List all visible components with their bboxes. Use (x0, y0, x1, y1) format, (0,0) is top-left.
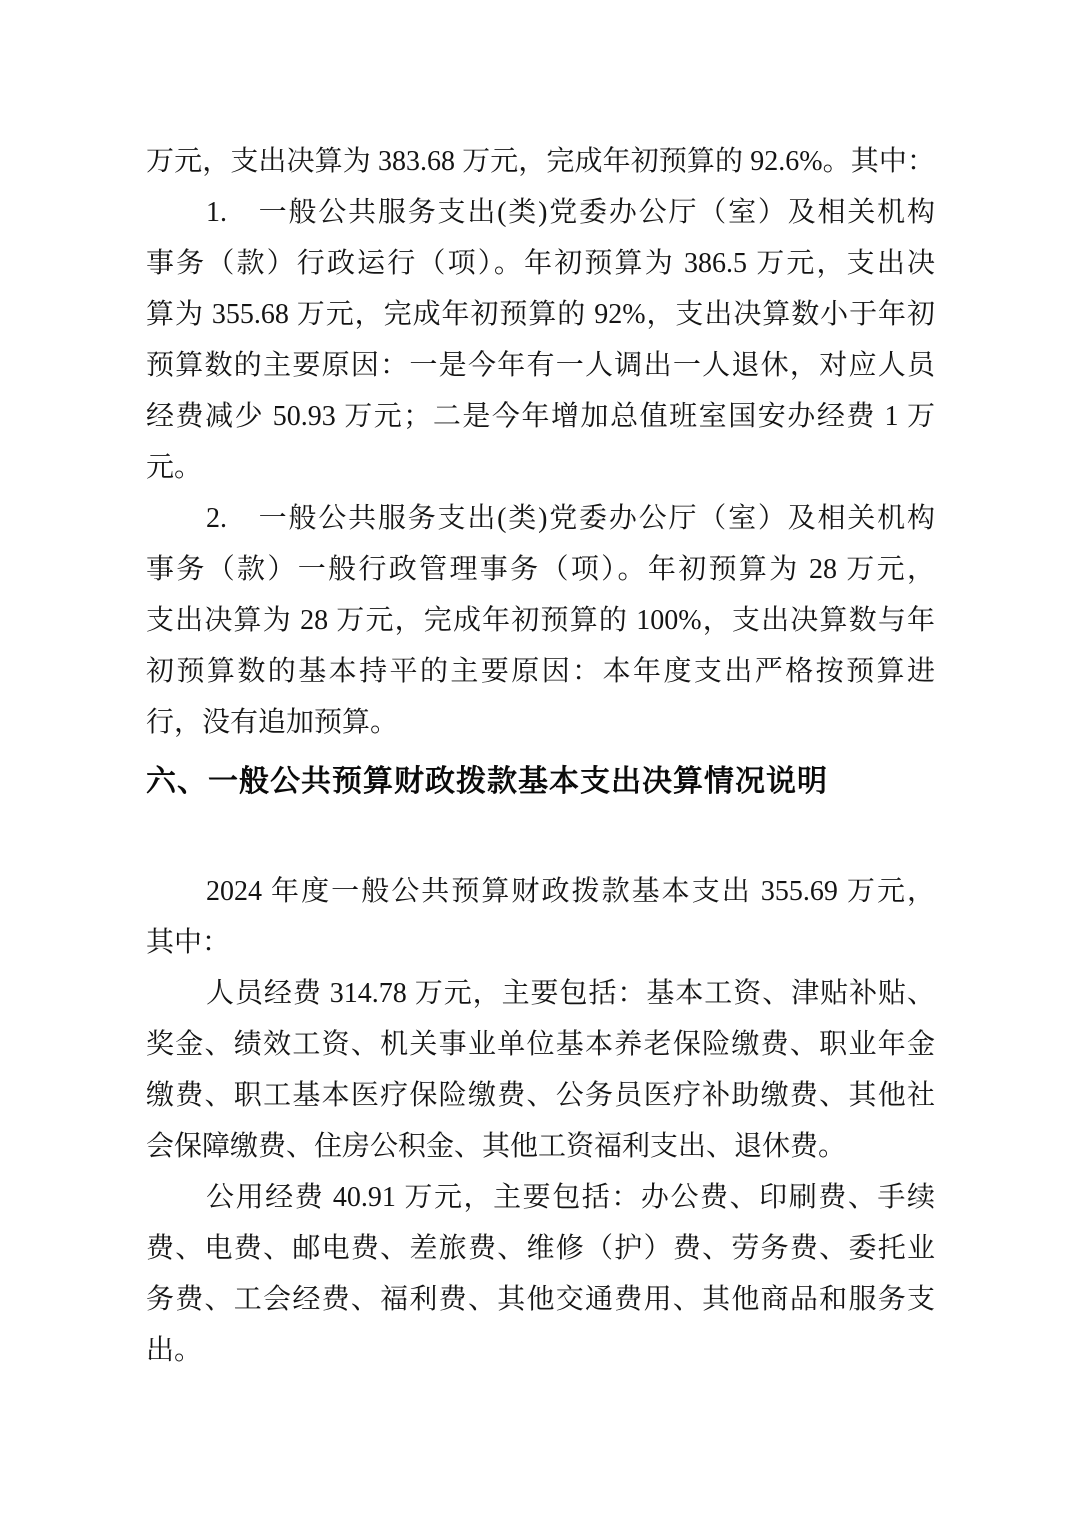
text-line: 预算数的主要原因：一是今年有一人调出一人退休，对应人员 (146, 340, 935, 391)
text-line-paragraph-end: 行，没有追加预算。 (146, 697, 935, 748)
text-line: 事务（款）行政运行（项）。年初预算为 386.5 万元，支出决 (146, 238, 935, 289)
text-line: 务费、工会经费、福利费、其他交通费用、其他商品和服务支 (146, 1274, 935, 1325)
text-line-2024-summary: 2024 年度一般公共预算财政拨款基本支出 355.69 万元， (146, 866, 935, 917)
document-page: 万元，支出决算为 383.68 万元，完成年初预算的 92.6%。其中： 1. … (0, 0, 1069, 1514)
text-line: 万元，支出决算为 383.68 万元，完成年初预算的 92.6%。其中： (146, 136, 935, 187)
text-line-paragraph-end: 出。 (146, 1325, 935, 1376)
text-line: 费、电费、邮电费、差旅费、维修（护）费、劳务费、委托业 (146, 1223, 935, 1274)
section-6-heading: 六、一般公共预算财政拨款基本支出决算情况说明 (146, 760, 935, 804)
text-line: 算为 355.68 万元，完成年初预算的 92%，支出决算数小于年初 (146, 289, 935, 340)
text-line-paragraph-end: 其中： (146, 917, 935, 968)
text-line: 缴费、职工基本医疗保险缴费、公务员医疗补助缴费、其他社 (146, 1070, 935, 1121)
text-line: 支出决算为 28 万元，完成年初预算的 100%，支出决算数与年 (146, 595, 935, 646)
text-line-personnel-funds: 人员经费 314.78 万元，主要包括：基本工资、津贴补贴、 (146, 968, 935, 1019)
text-line: 奖金、绩效工资、机关事业单位基本养老保险缴费、职业年金 (146, 1019, 935, 1070)
text-line-item2-start: 2. 一般公共服务支出(类)党委办公厅（室）及相关机构 (146, 493, 935, 544)
text-line: 初预算数的基本持平的主要原因：本年度支出严格按预算进 (146, 646, 935, 697)
text-line: 事务（款）一般行政管理事务（项）。年初预算为 28 万元， (146, 544, 935, 595)
text-line-paragraph-end: 会保障缴费、住房公积金、其他工资福利支出、退休费。 (146, 1121, 935, 1172)
text-line-item1-start: 1. 一般公共服务支出(类)党委办公厅（室）及相关机构 (146, 187, 935, 238)
text-line-public-funds: 公用经费 40.91 万元，主要包括：办公费、印刷费、手续 (146, 1172, 935, 1223)
document-body: 万元，支出决算为 383.68 万元，完成年初预算的 92.6%。其中： 1. … (0, 0, 1069, 1376)
text-line-paragraph-end: 元。 (146, 442, 935, 493)
text-line: 经费减少 50.93 万元；二是今年增加总值班室国安办经费 1 万 (146, 391, 935, 442)
